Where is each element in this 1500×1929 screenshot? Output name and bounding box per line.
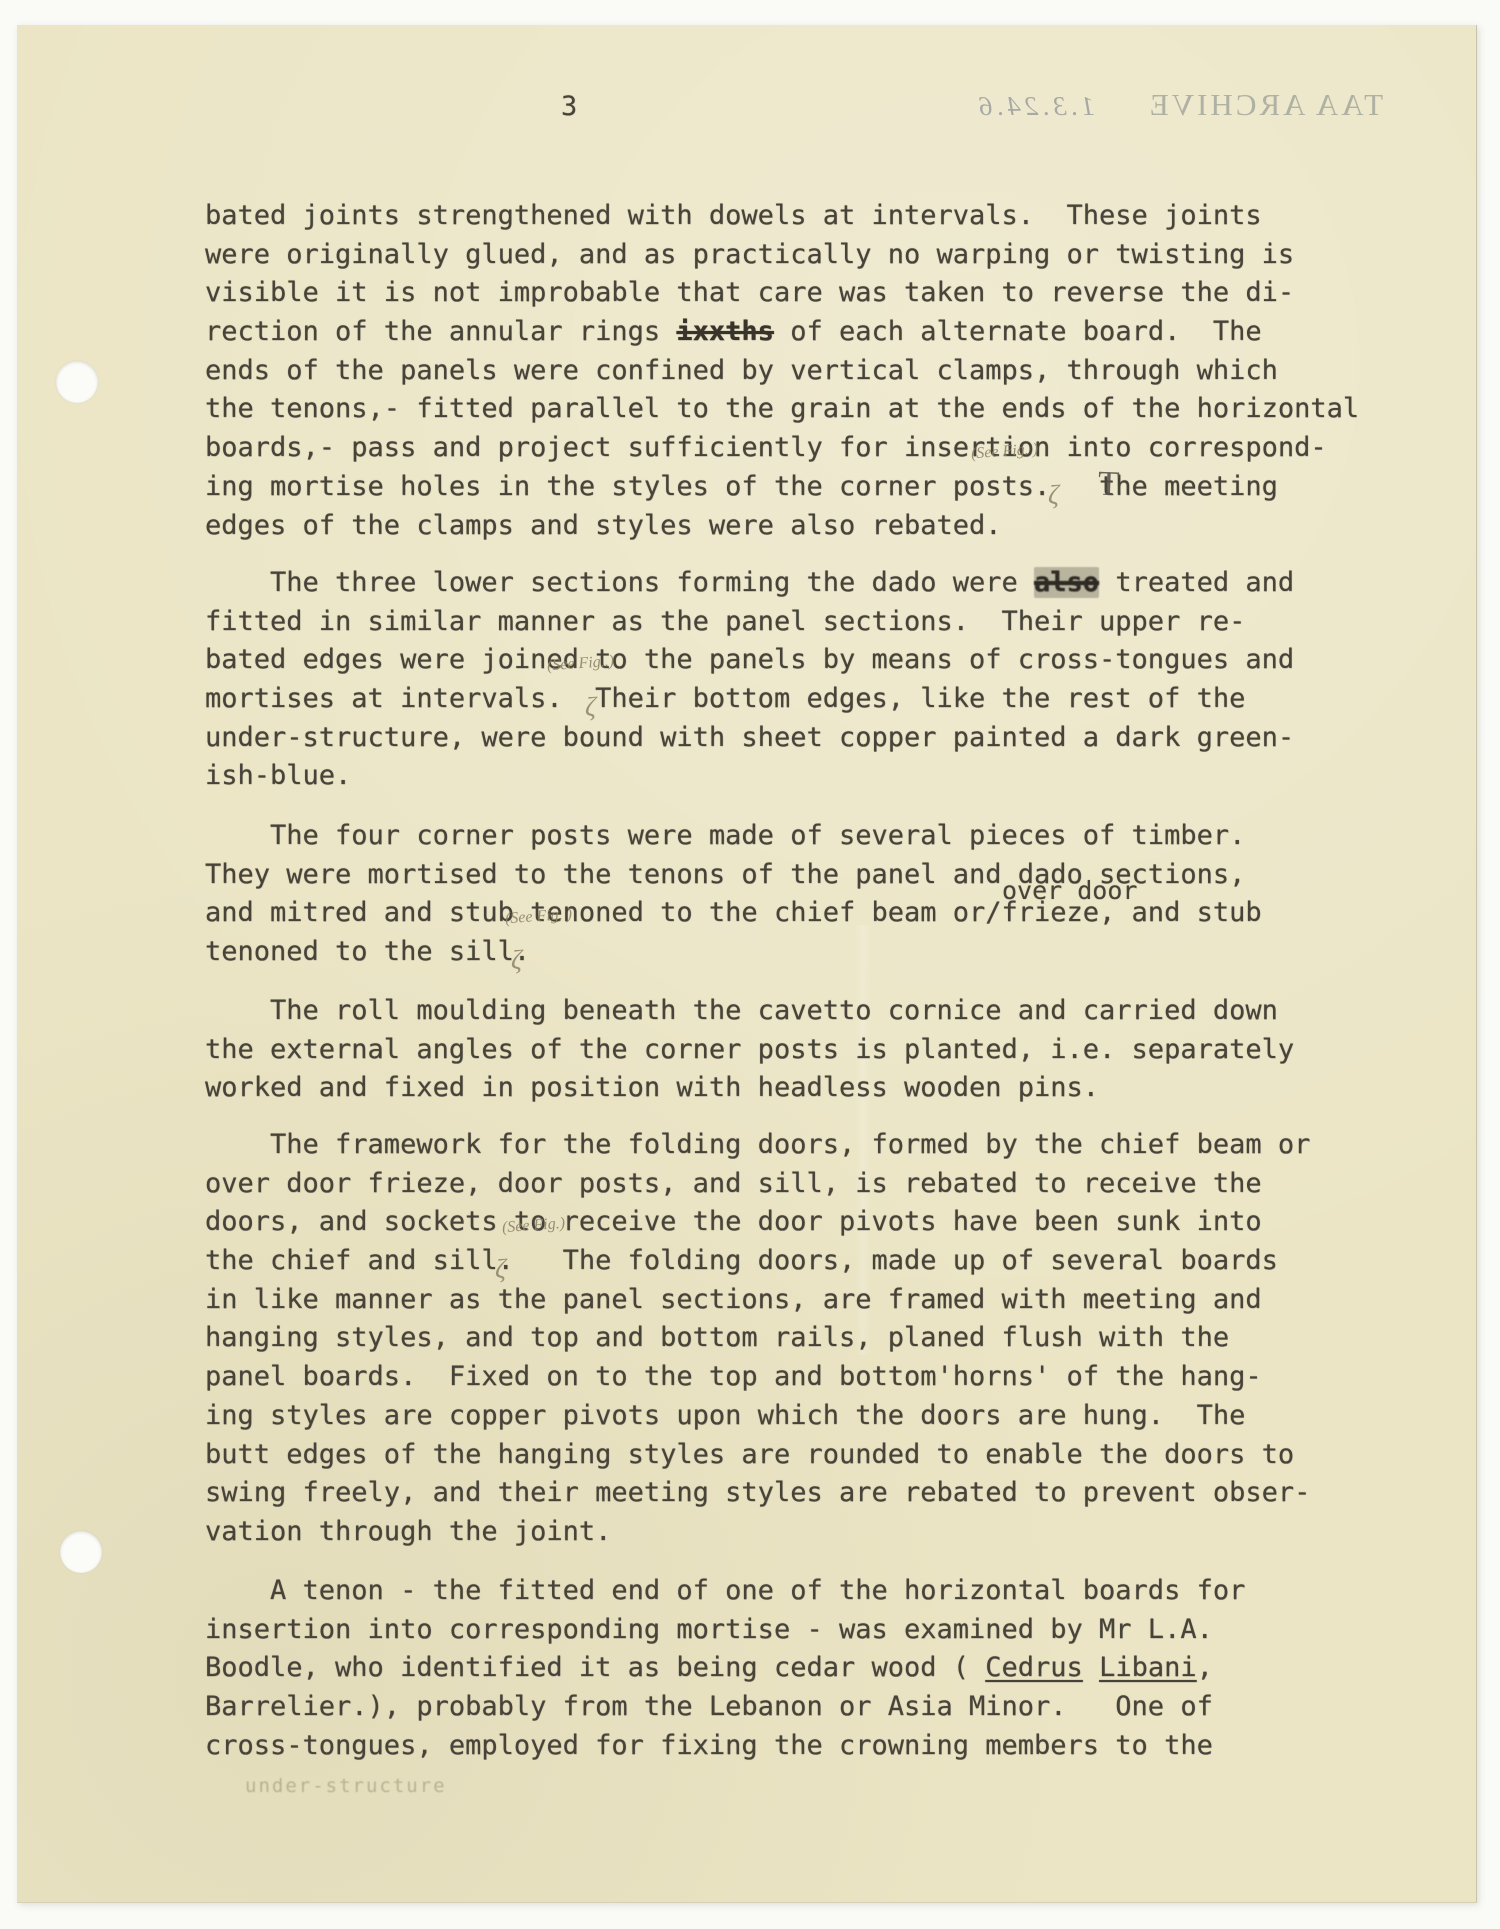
insertion-caret: ζ — [1048, 482, 1059, 509]
line-segment: ish-blue. — [205, 760, 351, 791]
line-segment: tenoned to the sill. — [205, 936, 530, 967]
line-segment: vation through the joint. — [205, 1516, 611, 1547]
typewritten-line: ends of the panels were confined by vert… — [205, 352, 1359, 391]
typewritten-line: Boodle, who identified it as being cedar… — [205, 1649, 1245, 1688]
line-segment: the external angles of the corner posts … — [205, 1034, 1294, 1065]
line-segment: bated edges were joined to the panels by… — [205, 644, 1294, 675]
insertion-caret: ζ — [585, 694, 596, 721]
typewritten-line: the tenons,- fitted parallel to the grai… — [205, 390, 1359, 429]
typewritten-line: The three lower sections forming the dad… — [205, 564, 1294, 603]
insertion-caret: ζ — [495, 1256, 506, 1283]
typewritten-line: ing mortise holes in the styles of the c… — [205, 468, 1359, 507]
line-segment: doors, and sockets to receive the door p… — [205, 1206, 1262, 1237]
line-segment: ing styles are copper pivots upon which … — [205, 1400, 1245, 1431]
insertion-caret: ζ — [511, 947, 522, 974]
typewritten-line: tenoned to the sill.(See Fig. )ζ — [205, 933, 1262, 972]
typewritten-line: Barrelier.), probably from the Lebanon o… — [205, 1688, 1245, 1727]
line-segment: over door frieze, door posts, and sill, … — [205, 1168, 1262, 1199]
line-segment: Barrelier.), probably from the Lebanon o… — [205, 1691, 1213, 1722]
typewritten-line: insertion into corresponding mortise - w… — [205, 1611, 1245, 1650]
line-segment: , — [1197, 1652, 1213, 1683]
line-segment: panel boards. Fixed on to the top and bo… — [205, 1361, 1262, 1392]
line-segment: butt edges of the hanging styles are rou… — [205, 1439, 1294, 1470]
paragraph: The roll moulding beneath the cavetto co… — [205, 992, 1294, 1108]
ghost-text: under-structure — [245, 1775, 447, 1797]
line-segment: worked and fixed in position with headle… — [205, 1072, 1099, 1103]
line-segment: boards,- pass and project sufficiently f… — [205, 432, 1327, 463]
document-page: 3 TAA ARCHIVE1.3.24.6 bated joints stren… — [17, 25, 1477, 1903]
typewritten-line: over door frieze, door posts, and sill, … — [205, 1165, 1310, 1204]
typewritten-line: ish-blue. — [205, 757, 1294, 796]
line-segment — [1083, 1652, 1099, 1683]
typewritten-line: mortises at intervals. Their bottom edge… — [205, 680, 1294, 719]
line-segment-u: Cedrus — [985, 1652, 1083, 1683]
line-segment: were originally glued, and as practicall… — [205, 239, 1294, 270]
typewritten-line: under-structure, were bound with sheet c… — [205, 719, 1294, 758]
typewritten-line: the chief and sill. The folding doors, m… — [205, 1242, 1310, 1281]
typewritten-line: butt edges of the hanging styles are rou… — [205, 1436, 1310, 1475]
line-segment: the chief and sill. The folding doors, m… — [205, 1245, 1278, 1276]
line-segment: Boodle, who identified it as being cedar… — [205, 1652, 985, 1683]
line-segment: A tenon - the fitted end of one of the h… — [205, 1575, 1245, 1606]
paragraph: The framework for the folding doors, for… — [205, 1126, 1310, 1552]
line-segment-u: Libani — [1099, 1652, 1197, 1683]
line-segment: fitted in similar manner as the panel se… — [205, 606, 1245, 637]
line-segment: swing freely, and their meeting styles a… — [205, 1477, 1310, 1508]
typewritten-line: edges of the clamps and styles were also… — [205, 507, 1359, 546]
line-segment: insertion into corresponding mortise - w… — [205, 1614, 1213, 1645]
typewritten-line: boards,- pass and project sufficiently f… — [205, 429, 1359, 468]
typewritten-line: and mitred and stub tenoned to the chief… — [205, 894, 1262, 933]
line-segment-strike: ixxths — [676, 316, 774, 347]
typewritten-line: hanging styles, and top and bottom rails… — [205, 1319, 1310, 1358]
scan-background: { "colors": { "backdrop": "#fafaf7", "pa… — [0, 0, 1500, 1929]
line-segment: under-structure, were bound with sheet c… — [205, 722, 1294, 753]
typewritten-line: ing styles are copper pivots upon which … — [205, 1397, 1310, 1436]
typewritten-line: rection of the annular rings ixxths of e… — [205, 313, 1359, 352]
handwritten-capital: T — [1097, 465, 1120, 501]
typewritten-line: in like manner as the panel sections, ar… — [205, 1281, 1310, 1320]
line-segment: The three lower sections forming the dad… — [205, 567, 1034, 598]
line-segment: cross-tongues, employed for fixing the c… — [205, 1730, 1213, 1761]
typewritten-line: The framework for the folding doors, for… — [205, 1126, 1310, 1165]
line-segment: visible it is not improbable that care w… — [205, 277, 1294, 308]
line-segment: treated and — [1099, 567, 1294, 598]
typewritten-line: panel boards. Fixed on to the top and bo… — [205, 1358, 1310, 1397]
text-block: bated joints strengthened with dowels at… — [17, 25, 1476, 1902]
typewritten-line: the external angles of the corner posts … — [205, 1031, 1294, 1070]
typewritten-line: worked and fixed in position with headle… — [205, 1069, 1294, 1108]
typewritten-line: bated edges were joined to the panels by… — [205, 641, 1294, 680]
typewritten-line: doors, and sockets to receive the door p… — [205, 1203, 1310, 1242]
line-segment: bated joints strengthened with dowels at… — [205, 200, 1262, 231]
typewritten-line: vation through the joint. — [205, 1513, 1310, 1552]
line-segment: of each alternate board. The — [774, 316, 1262, 347]
typewritten-line: cross-tongues, employed for fixing the c… — [205, 1727, 1245, 1766]
line-segment: ends of the panels were confined by vert… — [205, 355, 1278, 386]
interlinear-typed-text: over door — [1002, 878, 1137, 903]
line-segment: The roll moulding beneath the cavetto co… — [205, 995, 1278, 1026]
typewritten-line: swing freely, and their meeting styles a… — [205, 1474, 1310, 1513]
line-segment: The framework for the folding doors, for… — [205, 1129, 1310, 1160]
typewritten-line: The roll moulding beneath the cavetto co… — [205, 992, 1294, 1031]
paragraph: The three lower sections forming the dad… — [205, 564, 1294, 796]
typewritten-line: fitted in similar manner as the panel se… — [205, 603, 1294, 642]
line-segment: hanging styles, and top and bottom rails… — [205, 1322, 1229, 1353]
line-segment: rection of the annular rings — [205, 316, 676, 347]
line-segment: edges of the clamps and styles were also… — [205, 510, 1002, 541]
line-segment: The four corner posts were made of sever… — [205, 820, 1245, 851]
paragraph: bated joints strengthened with dowels at… — [205, 197, 1359, 545]
line-segment-blot: also — [1034, 567, 1099, 598]
paragraph: A tenon - the fitted end of one of the h… — [205, 1572, 1245, 1765]
typewritten-line: bated joints strengthened with dowels at… — [205, 197, 1359, 236]
line-segment: in like manner as the panel sections, ar… — [205, 1284, 1262, 1315]
paragraph: The four corner posts were made of sever… — [205, 817, 1262, 972]
typewritten-line: were originally glued, and as practicall… — [205, 236, 1359, 275]
line-segment: the tenons,- fitted parallel to the grai… — [205, 393, 1359, 424]
typewritten-line: A tenon - the fitted end of one of the h… — [205, 1572, 1245, 1611]
line-segment: mortises at intervals. Their bottom edge… — [205, 683, 1245, 714]
typewritten-line: visible it is not improbable that care w… — [205, 274, 1359, 313]
typewritten-line: The four corner posts were made of sever… — [205, 817, 1262, 856]
